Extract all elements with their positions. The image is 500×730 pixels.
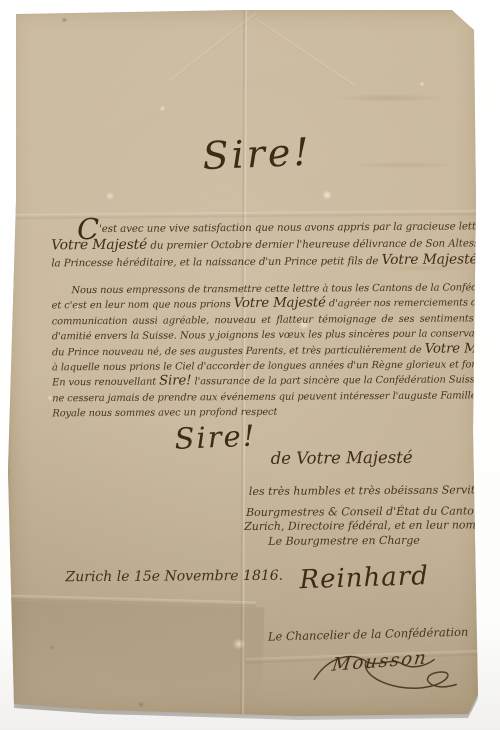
closing-salutation: Sire! (174, 419, 257, 456)
letter-body: C'est avec une vive satisfaction que nou… (6, 6, 478, 9)
letter-line: Royale nous sommes avec un profond respe… (52, 404, 474, 422)
closing-recipient: de Votre Majesté (271, 448, 413, 468)
letter-line: ne cessera jamais de prendre aux événeme… (52, 388, 474, 406)
handwriting-layer: Sire! C'est avec une vive satisfaction q… (6, 6, 483, 719)
letter-paper: Sire! C'est avec une vive satisfaction q… (8, 8, 480, 718)
paragraph: C'est avec une vive satisfaction que nou… (51, 218, 471, 272)
dateline: Zurich le 15e Novembre 1816. (65, 568, 283, 586)
closing-line: Bourgmestres & Conseil d'État du Canton … (246, 504, 498, 519)
paragraph: Nous nous empressons de transmettre cett… (51, 280, 474, 421)
closing-line: les très humbles et très obéissans Servi… (249, 483, 500, 498)
letter-line: la Princesse héréditaire, et la naissanc… (51, 252, 471, 272)
signature-bourgmestre: Reinhard (299, 561, 429, 595)
closing-line: Zurich, Directoire fédéral, et en leur n… (244, 518, 476, 533)
signature-chancellor: Mousson (310, 644, 470, 703)
photo-of-letter: Sire! C'est avec une vive satisfaction q… (0, 0, 500, 730)
signature-flourish (310, 644, 470, 703)
salutation: Sire! (202, 130, 313, 179)
chancellor-title: Le Chancelier de la Confédération (268, 625, 469, 644)
closing-line: Le Bourgmestre en Charge (268, 534, 420, 548)
